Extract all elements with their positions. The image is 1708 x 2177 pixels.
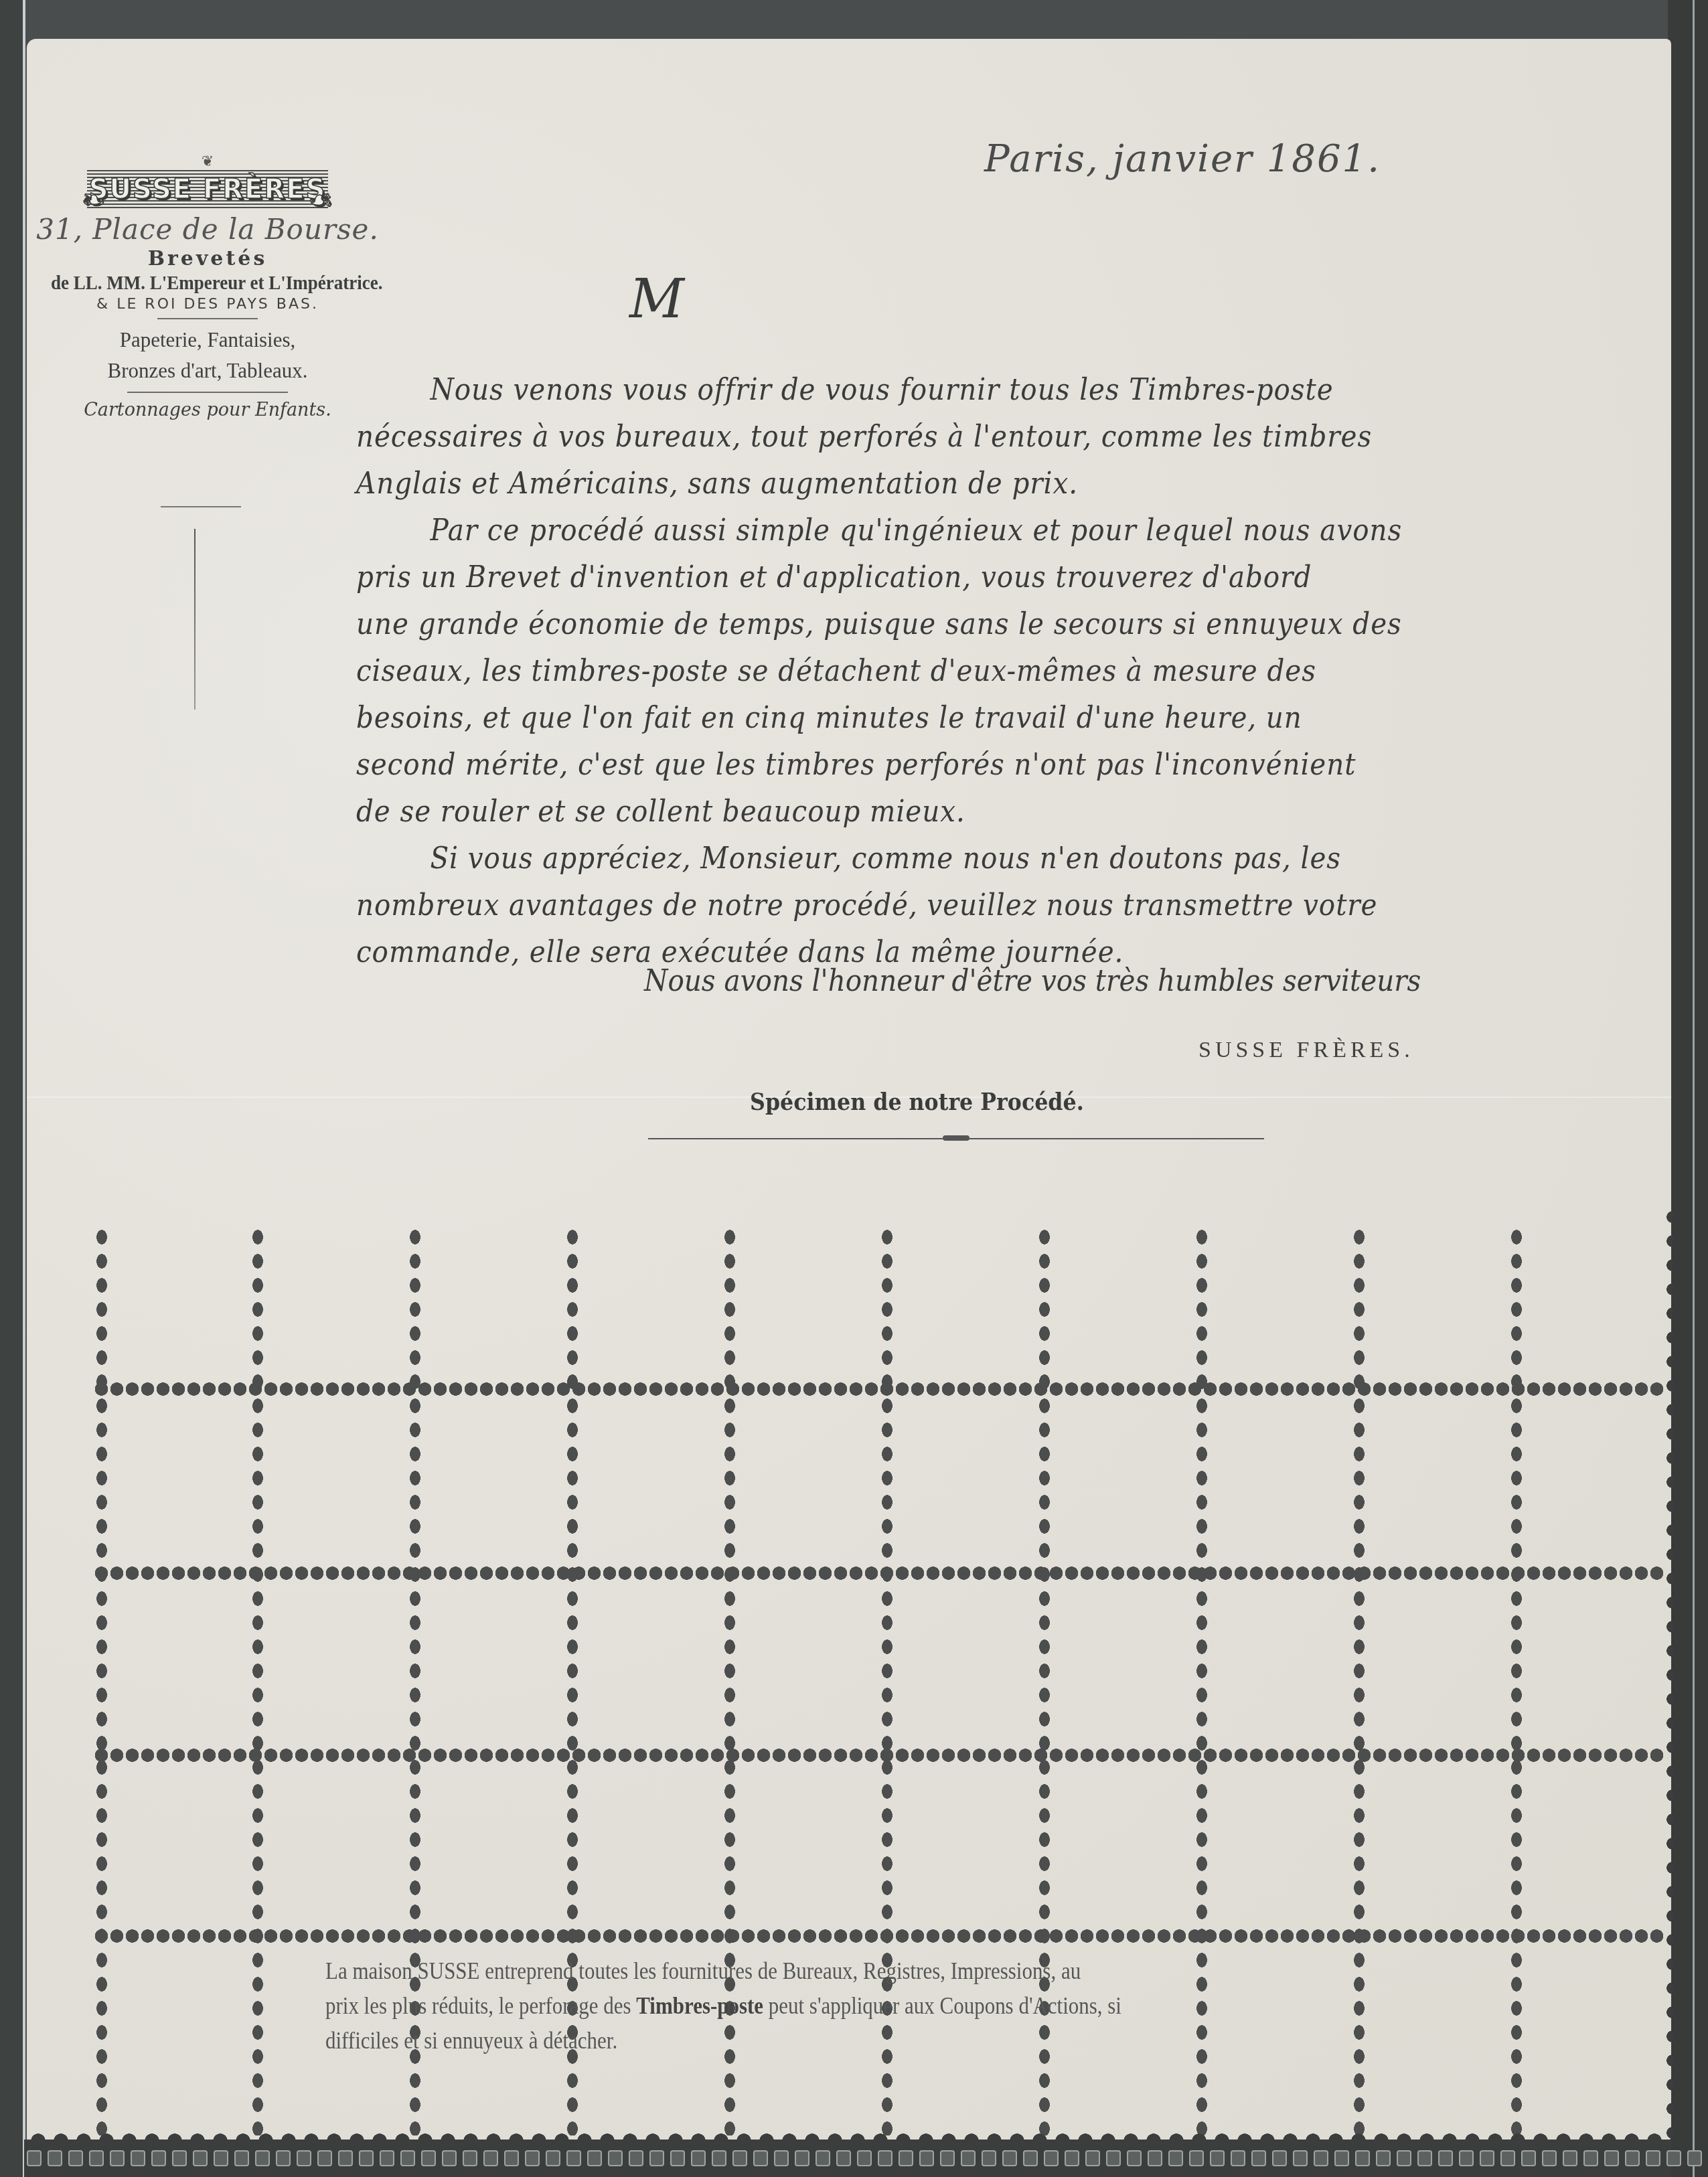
mount-binding-holes: [27, 2150, 1660, 2168]
binding-hole: [566, 2150, 581, 2166]
binding-hole: [172, 2150, 187, 2166]
binding-hole: [1646, 2150, 1660, 2166]
binding-hole: [1293, 2150, 1308, 2166]
patent-heading: Brevetés: [33, 247, 382, 270]
binding-hole: [1314, 2150, 1328, 2166]
binding-hole: [1500, 2150, 1515, 2166]
binding-hole: [1438, 2150, 1453, 2166]
binding-hole: [1583, 2150, 1598, 2166]
binding-hole: [1542, 2150, 1557, 2166]
body-line: second mérite, c'est que les timbres per…: [356, 742, 1440, 789]
letter-date: Paris, janvier 1861.: [984, 137, 1381, 181]
binding-hole: [836, 2150, 851, 2166]
binding-hole: [1625, 2150, 1640, 2166]
footer-text: peut s'appliquer aux Coupons d'Actions, …: [763, 1992, 1121, 2019]
binding-hole: [1272, 2150, 1287, 2166]
binding-hole: [483, 2150, 498, 2166]
binding-hole: [151, 2150, 166, 2166]
binding-hole: [1231, 2150, 1245, 2166]
body-line: une grande économie de temps, puisque sa…: [356, 601, 1440, 648]
binding-hole: [525, 2150, 540, 2166]
body-line: Si vous appréciez, Monsieur, comme nous …: [356, 835, 1440, 882]
binding-hole: [670, 2150, 685, 2166]
perforation-row: [94, 1566, 1664, 1581]
binding-hole: [795, 2150, 809, 2166]
binding-hole: [919, 2150, 934, 2166]
royal-warrant-netherlands: & LE ROI DES PAYS BAS.: [33, 296, 382, 313]
binding-hole: [442, 2150, 457, 2166]
binding-hole: [1355, 2150, 1370, 2166]
binding-hole: [1480, 2150, 1494, 2166]
binding-hole: [753, 2150, 768, 2166]
binding-hole: [899, 2150, 913, 2166]
body-line: de se rouler et se collent beaucoup mieu…: [356, 789, 1440, 835]
binding-hole: [1044, 2150, 1059, 2166]
binding-hole: [649, 2150, 664, 2166]
binding-hole: [1251, 2150, 1266, 2166]
cartonnages-line: Cartonnages pour Enfants.: [33, 400, 382, 420]
binding-hole: [857, 2150, 872, 2166]
binding-hole: [27, 2150, 42, 2166]
binding-hole: [1521, 2150, 1536, 2166]
body-line: ciseaux, les timbres-poste se détachent …: [356, 648, 1440, 695]
binding-hole: [48, 2150, 62, 2166]
closing-line: Nous avons l'honneur d'être vos très hum…: [644, 964, 1421, 998]
signature: SUSSE FRÈRES.: [1198, 1038, 1414, 1063]
body-line: pris un Brevet d'invention et d'applicat…: [356, 554, 1440, 601]
mount-edge-right: [1693, 0, 1695, 2177]
album-mount-left: [0, 0, 24, 2177]
binding-hole: [961, 2150, 976, 2166]
perforation-row: [94, 1382, 1664, 1396]
binding-hole: [400, 2150, 415, 2166]
binding-hole: [1168, 2150, 1183, 2166]
scroll-ornament-icon: ❧: [82, 185, 106, 216]
binding-hole: [816, 2150, 830, 2166]
footer-line: La maison SUSSE entreprend toutes les fo…: [325, 1953, 1373, 1988]
letterhead: ❦ ❧ SUSSE FRÈRES ☙ 31, Place de la Bours…: [33, 154, 382, 420]
binding-hole: [940, 2150, 955, 2166]
binding-hole: [380, 2150, 394, 2166]
binding-hole: [463, 2150, 477, 2166]
binding-hole: [1334, 2150, 1349, 2166]
body-line: Nous venons vous offrir de vous fournir …: [356, 367, 1440, 414]
perforation-column: [95, 1225, 108, 2135]
footer-line: prix les plus réduits, le perforage des …: [325, 1988, 1373, 2023]
letter-body: Nous venons vous offrir de vous fournir …: [356, 367, 1535, 976]
binding-hole: [1210, 2150, 1225, 2166]
binding-hole: [421, 2150, 436, 2166]
binding-hole: [110, 2150, 125, 2166]
binding-hole: [1376, 2150, 1391, 2166]
perforated-edge-right: [1663, 1205, 1673, 2140]
binding-hole: [1189, 2150, 1204, 2166]
binding-hole: [234, 2150, 249, 2166]
perforation-row: [94, 1929, 1664, 1943]
company-banner: ❧ SUSSE FRÈRES ☙: [87, 170, 328, 209]
body-line: besoins, et que l'on fait en cinq minute…: [356, 695, 1440, 742]
perforation-column: [251, 1225, 264, 2135]
binding-hole: [774, 2150, 789, 2166]
binding-hole: [131, 2150, 145, 2166]
divider: [648, 1138, 1264, 1139]
company-address: 31, Place de la Bourse.: [33, 213, 382, 246]
binding-hole: [1002, 2150, 1017, 2166]
binding-hole: [1065, 2150, 1079, 2166]
binding-hole: [338, 2150, 353, 2166]
binding-hole: [214, 2150, 228, 2166]
footer-text: prix les plus réduits, le perforage des: [325, 1992, 636, 2019]
divider: [127, 392, 288, 393]
trade-line: Bronzes d'art, Tableaux.: [33, 355, 382, 386]
album-mount-right: [1668, 0, 1708, 2177]
divider: [157, 318, 258, 319]
company-name: SUSSE FRÈRES: [89, 174, 327, 205]
binding-hole: [732, 2150, 747, 2166]
body-line: nombreux avantages de notre procédé, veu…: [356, 882, 1440, 929]
binding-hole: [255, 2150, 270, 2166]
footer-line: difficiles et si ennuyeux à détacher.: [325, 2023, 1373, 2058]
binding-hole: [276, 2150, 291, 2166]
body-line: nécessaires à vos bureaux, tout perforés…: [356, 414, 1440, 461]
binding-hole: [359, 2150, 374, 2166]
binding-hole: [712, 2150, 726, 2166]
binding-hole: [1397, 2150, 1411, 2166]
body-line: Par ce procédé aussi simple qu'ingénieux…: [356, 507, 1440, 554]
trade-line: Papeterie, Fantaisies,: [33, 325, 382, 355]
binding-hole: [608, 2150, 623, 2166]
flourish-icon: ❦: [33, 154, 382, 170]
specimen-title: Spécimen de notre Procédé.: [750, 1088, 1084, 1116]
binding-hole: [1148, 2150, 1162, 2166]
binding-hole: [1085, 2150, 1100, 2166]
binding-hole: [297, 2150, 311, 2166]
footer-notice: La maison SUSSE entreprend toutes les fo…: [325, 1953, 1544, 2058]
binding-hole: [1666, 2150, 1681, 2166]
body-line: Anglais et Américains, sans augmentation…: [356, 461, 1440, 507]
binding-hole: [1023, 2150, 1038, 2166]
binding-hole: [1417, 2150, 1432, 2166]
scroll-ornament-icon: ☙: [308, 185, 333, 216]
binding-hole: [504, 2150, 519, 2166]
royal-warrant: de LL. MM. L'Empereur et L'Impératrice.: [51, 272, 364, 295]
salutation: M: [629, 268, 684, 330]
binding-hole: [546, 2150, 560, 2166]
binding-hole: [982, 2150, 996, 2166]
binding-hole: [68, 2150, 83, 2166]
binding-hole: [1106, 2150, 1121, 2166]
binding-hole: [1604, 2150, 1619, 2166]
binding-hole: [1563, 2150, 1577, 2166]
binding-hole: [1127, 2150, 1142, 2166]
binding-hole: [691, 2150, 706, 2166]
mount-edge-left: [23, 0, 25, 2177]
pendant-line-ornament: [194, 529, 196, 710]
perforation-row: [94, 1748, 1664, 1763]
binding-hole: [1687, 2150, 1702, 2166]
binding-hole: [89, 2150, 104, 2166]
binding-hole: [193, 2150, 208, 2166]
divider: [161, 506, 241, 507]
binding-hole: [878, 2150, 892, 2166]
binding-hole: [629, 2150, 643, 2166]
binding-hole: [317, 2150, 332, 2166]
binding-hole: [1459, 2150, 1474, 2166]
footer-emphasis: Timbres-poste: [636, 1992, 763, 2019]
binding-hole: [587, 2150, 602, 2166]
